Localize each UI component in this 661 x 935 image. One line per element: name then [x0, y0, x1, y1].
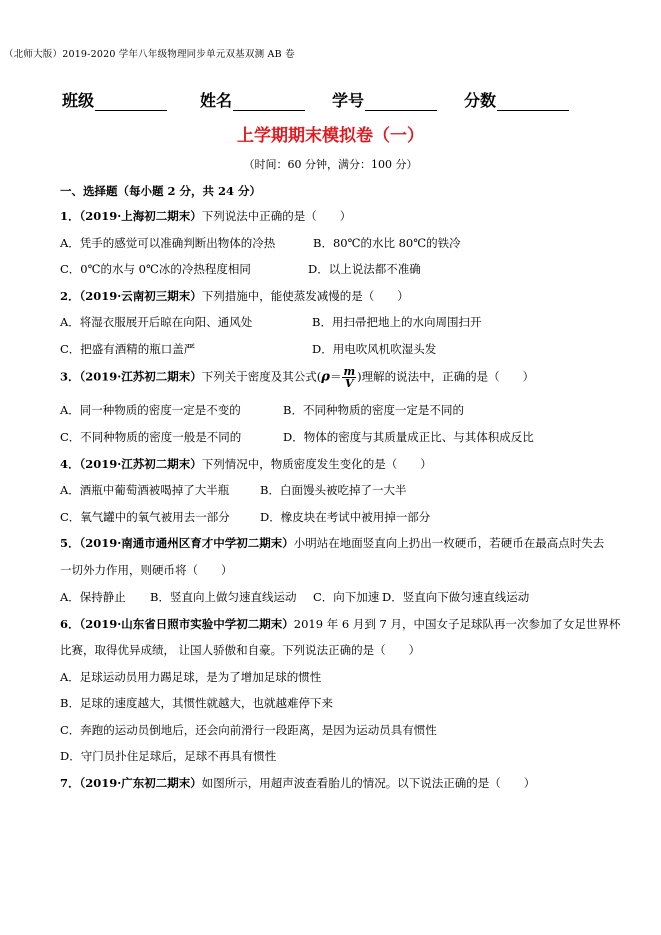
question-text: 2019 年 6 月到 7 月，中国女子足球队再一次参加了女足世界杯: [294, 617, 621, 631]
option-d[interactable]: D．以上说法都不准确: [308, 261, 421, 277]
score-label: 分数: [464, 88, 496, 111]
section-heading: 一、选择题（每小题 2 分，共 24 分）: [60, 183, 261, 199]
option-d[interactable]: D．橡皮块在考试中被用掉一部分: [260, 509, 430, 525]
question-1: 1．（2019·上海初二期末）下列说法中正确的是（ ）: [60, 208, 351, 224]
exam-title: 上学期期末模拟卷（一）: [0, 121, 661, 146]
question-number: 1．: [60, 209, 80, 223]
score-field[interactable]: 分数: [464, 88, 569, 111]
question-6-line2: 比赛，取得优异成绩， 让国人骄傲和自豪。下列说法正确的是（ ）: [60, 642, 420, 658]
question-source: （2019·山东省日照市实验中学初二期末）: [80, 617, 294, 631]
question-number: 7．: [60, 776, 80, 790]
option-a[interactable]: A．凭手的感觉可以准确判断出物体的冷热: [60, 235, 275, 251]
question-text-before: 下列关于密度及其公式(: [202, 370, 322, 384]
formula-denominator: V: [342, 378, 356, 389]
question-number: 4．: [60, 457, 80, 471]
option-c[interactable]: C．向下加速: [313, 589, 379, 605]
question-text-after: )理解的说法中，正确的是（ ）: [357, 370, 534, 384]
question-text: 下列情况中，物质密度发生变化的是（ ）: [202, 457, 432, 471]
question-5-line2: 一切外力作用，则硬币将（ ）: [60, 562, 233, 578]
question-text: 小明站在地面竖直向上扔出一枚硬币，若硬币在最高点时失去: [294, 536, 605, 550]
question-text: 下列说法中正确的是（ ）: [202, 209, 352, 223]
option-b[interactable]: B．用扫帚把地上的水向周围扫开: [312, 314, 481, 330]
formula-rho: ρ: [321, 370, 330, 385]
option-b[interactable]: B．80℃的水比 80℃的铁冷: [313, 235, 461, 251]
option-a[interactable]: A．同一种物质的密度一定是不变的: [60, 402, 241, 418]
option-b[interactable]: B．足球的速度越大，其惯性就越大，也就越难停下来: [60, 695, 333, 711]
option-d[interactable]: D．物体的密度与其质量成正比、与其体积成反比: [283, 429, 534, 445]
question-source: （2019·江苏初二期末）: [80, 370, 202, 384]
class-blank[interactable]: [95, 93, 167, 111]
student-info-bar: 班级 姓名 学号 分数: [62, 88, 582, 110]
score-blank[interactable]: [497, 93, 569, 111]
question-6: 6．（2019·山东省日照市实验中学初二期末）2019 年 6 月到 7 月，中…: [60, 616, 620, 632]
option-a[interactable]: A．足球运动员用力踢足球，是为了增加足球的惯性: [60, 669, 321, 685]
question-4: 4．（2019·江苏初二期末）下列情况中，物质密度发生变化的是（ ）: [60, 456, 432, 472]
question-source: （2019·云南初三期末）: [80, 289, 202, 303]
option-a[interactable]: A．将湿衣服展开后晾在向阳、通风处: [60, 314, 252, 330]
option-a[interactable]: A．保持静止: [60, 589, 126, 605]
question-source: （2019·南通市通州区育才中学初二期末）: [80, 536, 294, 550]
option-c[interactable]: C．把盛有酒精的瓶口盖严: [60, 341, 195, 357]
option-c[interactable]: C．氧气罐中的氧气被用去一部分: [60, 509, 230, 525]
question-source: （2019·上海初二期末）: [80, 209, 202, 223]
question-7: 7．（2019·广东初二期末）如图所示，用超声波查看胎儿的情况。以下说法正确的是…: [60, 775, 535, 791]
class-field[interactable]: 班级: [62, 88, 167, 111]
option-a[interactable]: A．酒瓶中葡萄酒被喝掉了大半瓶: [60, 482, 229, 498]
question-2: 2．（2019·云南初三期末）下列措施中，能使蒸发减慢的是（ ）: [60, 288, 409, 304]
question-text: 如图所示，用超声波查看胎儿的情况。以下说法正确的是（ ）: [202, 776, 536, 790]
document-header: （北师大版）2019-2020 学年八年级物理同步单元双基双测 AB 卷: [4, 46, 295, 60]
question-source: （2019·江苏初二期末）: [80, 457, 202, 471]
option-b[interactable]: B．白面馒头被吃掉了一大半: [260, 482, 406, 498]
option-d[interactable]: D．竖直向下做匀速直线运动: [382, 589, 529, 605]
density-formula-fraction: mV: [342, 366, 356, 389]
question-number: 5．: [60, 536, 80, 550]
question-5: 5．（2019·南通市通州区育才中学初二期末）小明站在地面竖直向上扔出一枚硬币，…: [60, 535, 604, 551]
option-c[interactable]: C．奔跑的运动员倒地后，还会向前滑行一段距离，是因为运动员具有惯性: [60, 722, 437, 738]
option-c[interactable]: C．不同种物质的密度一般是不同的: [60, 429, 241, 445]
question-text: 下列措施中，能使蒸发减慢的是（ ）: [202, 289, 409, 303]
option-b[interactable]: B．竖直向上做匀速直线运动: [150, 589, 296, 605]
question-number: 2．: [60, 289, 80, 303]
exam-subtitle: （时间：60 分钟，满分：100 分）: [0, 156, 661, 172]
student-id-label: 学号: [332, 88, 364, 111]
option-c[interactable]: C．0℃的水与 0℃冰的冷热程度相同: [60, 261, 251, 277]
name-label: 姓名: [200, 88, 232, 111]
option-b[interactable]: B．不同种物质的密度一定是不同的: [283, 402, 464, 418]
question-number: 6．: [60, 617, 80, 631]
option-d[interactable]: D．守门员扑住足球后，足球不再具有惯性: [60, 748, 276, 764]
option-d[interactable]: D．用电吹风机吹湿头发: [312, 341, 436, 357]
question-source: （2019·广东初二期末）: [80, 776, 202, 790]
name-blank[interactable]: [233, 93, 305, 111]
name-field[interactable]: 姓名: [200, 88, 305, 111]
student-id-field[interactable]: 学号: [332, 88, 437, 111]
student-id-blank[interactable]: [365, 93, 437, 111]
question-3: 3．（2019·江苏初二期末）下列关于密度及其公式(ρ＝mV)理解的说法中，正确…: [60, 366, 534, 389]
question-number: 3．: [60, 370, 80, 384]
class-label: 班级: [62, 88, 94, 111]
formula-equals: ＝: [330, 370, 342, 384]
